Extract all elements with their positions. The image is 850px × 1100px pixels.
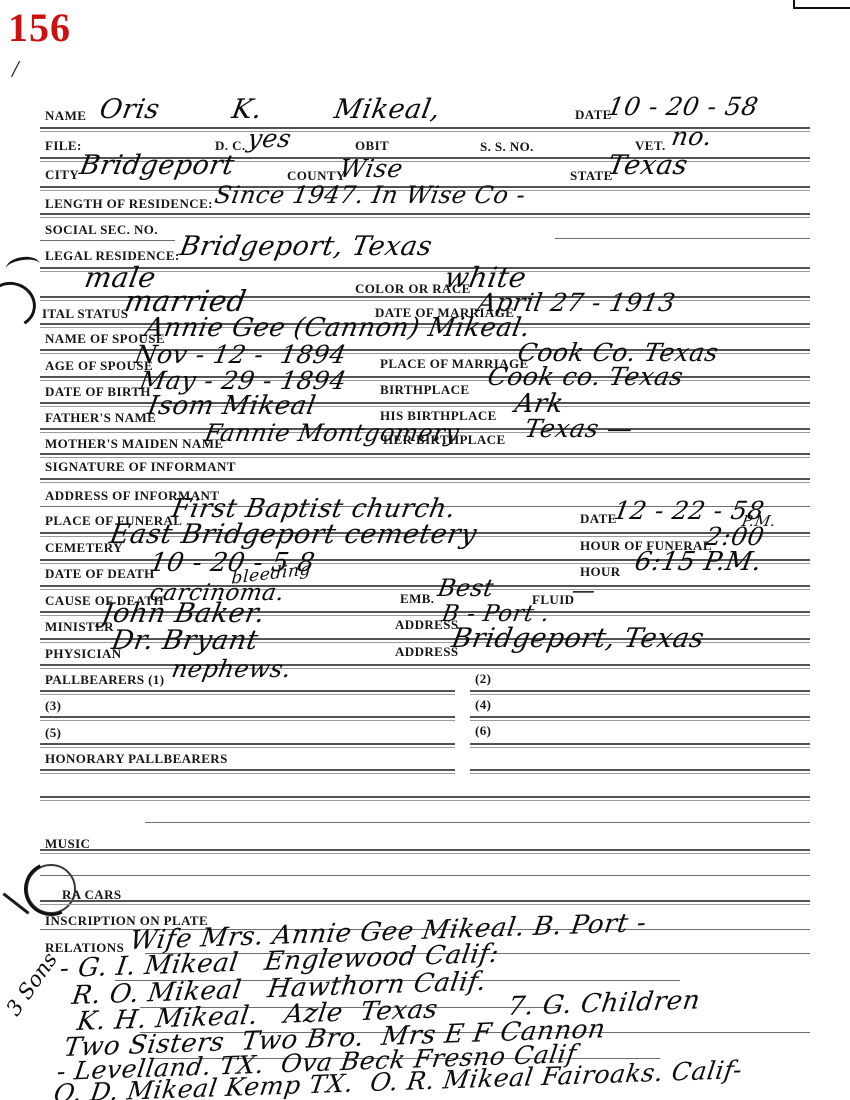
pallbearer-1-value: nephews. bbox=[170, 655, 294, 683]
fathers-name-label: FATHER'S NAME bbox=[45, 410, 156, 426]
ssno-label: S. S. NO. bbox=[480, 139, 534, 155]
pallbearer-4-label: (4) bbox=[475, 697, 491, 713]
marital-status-label: ITAL STATUS bbox=[42, 306, 128, 322]
emb-value: Best bbox=[436, 574, 497, 602]
rule bbox=[40, 743, 455, 748]
name-of-spouse-value: Annie Gee (Cannon) Mikeal. bbox=[142, 313, 532, 343]
rule bbox=[40, 478, 810, 483]
rule bbox=[40, 716, 455, 721]
her-birthplace-label: HER BIRTHPLACE bbox=[383, 432, 506, 448]
date-of-death-label: DATE OF DEATH bbox=[45, 566, 155, 582]
county-value: Wise bbox=[337, 154, 405, 183]
file-label: FILE: bbox=[45, 138, 82, 154]
vet-value: no. bbox=[669, 122, 714, 151]
date-value: 10 - 20 - 58 bbox=[605, 92, 760, 121]
rule bbox=[145, 822, 810, 824]
rule bbox=[40, 875, 810, 877]
rule bbox=[40, 769, 455, 774]
name-value: Oris K. Mikeal, bbox=[97, 94, 443, 125]
city-value: Bridgeport bbox=[77, 150, 237, 181]
rule bbox=[40, 453, 810, 458]
rule bbox=[40, 849, 810, 854]
rule bbox=[470, 690, 810, 695]
pallbearer-3-label: (3) bbox=[45, 698, 61, 714]
obit-label: OBIT bbox=[355, 138, 389, 154]
relations-margin-note: 3 Sons bbox=[1, 948, 62, 1020]
rule bbox=[470, 716, 810, 721]
honorary-pallbearers-label: HONORARY PALLBEARERS bbox=[45, 751, 228, 767]
page-number: 156 bbox=[8, 4, 71, 51]
length-of-residence-label: LENGTH OF RESIDENCE: bbox=[45, 196, 213, 212]
her-birthplace-value: Texas — bbox=[522, 414, 635, 443]
scan-artifact bbox=[0, 277, 40, 332]
funeral-record-form: 156 / NAME Oris K. Mikeal, DATE 10 - 20 … bbox=[0, 0, 850, 1100]
rule bbox=[470, 743, 810, 748]
physician-address-value: Bridgeport, Texas bbox=[449, 623, 706, 654]
dc-value: yes bbox=[245, 124, 293, 153]
fluid-value: — bbox=[570, 578, 598, 604]
rule bbox=[40, 240, 175, 242]
pallbearer-5-label: (5) bbox=[45, 725, 61, 741]
rule bbox=[40, 796, 810, 801]
pallbearer-2-label: (2) bbox=[475, 671, 491, 687]
state-value: Texas bbox=[605, 150, 690, 181]
name-label: NAME bbox=[45, 108, 86, 124]
rule bbox=[40, 664, 810, 669]
hour-of-funeral-suffix: P.M. bbox=[740, 512, 777, 530]
city-label: CITY bbox=[45, 167, 79, 183]
emb-label: EMB. bbox=[400, 591, 434, 607]
length-of-residence-value: Since 1947. In Wise Co - bbox=[213, 181, 528, 209]
rule bbox=[40, 900, 810, 905]
physician-value: Dr. Bryant bbox=[109, 625, 261, 656]
legal-residence-value: Bridgeport, Texas bbox=[177, 231, 434, 262]
signature-of-informant-label: SIGNATURE OF INFORMANT bbox=[45, 459, 236, 475]
cemetery-value: East Bridgeport cemetery bbox=[107, 519, 479, 550]
birthplace-value: Cook co. Texas bbox=[485, 362, 685, 391]
rule bbox=[555, 238, 810, 240]
rule bbox=[40, 690, 455, 695]
tick-mark: / bbox=[10, 56, 21, 85]
scan-artifact bbox=[5, 255, 41, 279]
pallbearer-6-label: (6) bbox=[475, 723, 491, 739]
birthplace-label: BIRTHPLACE bbox=[380, 382, 470, 398]
social-sec-no-label: SOCIAL SEC. NO. bbox=[45, 222, 158, 238]
hour-value: 6:15 P.M. bbox=[632, 547, 764, 577]
rule bbox=[40, 213, 810, 218]
age-of-spouse-value: Nov - 12 - 1894 bbox=[132, 340, 348, 369]
pallbearer-1-label: PALLBEARERS (1) bbox=[45, 672, 165, 688]
date-of-birth-label: DATE OF BIRTH bbox=[45, 384, 151, 400]
mothers-maiden-name-label: MOTHER'S MAIDEN NAME bbox=[45, 436, 223, 452]
rule bbox=[470, 769, 810, 774]
corner-mark bbox=[793, 0, 850, 9]
fathers-name-value: Isom Mikeal bbox=[145, 391, 318, 421]
